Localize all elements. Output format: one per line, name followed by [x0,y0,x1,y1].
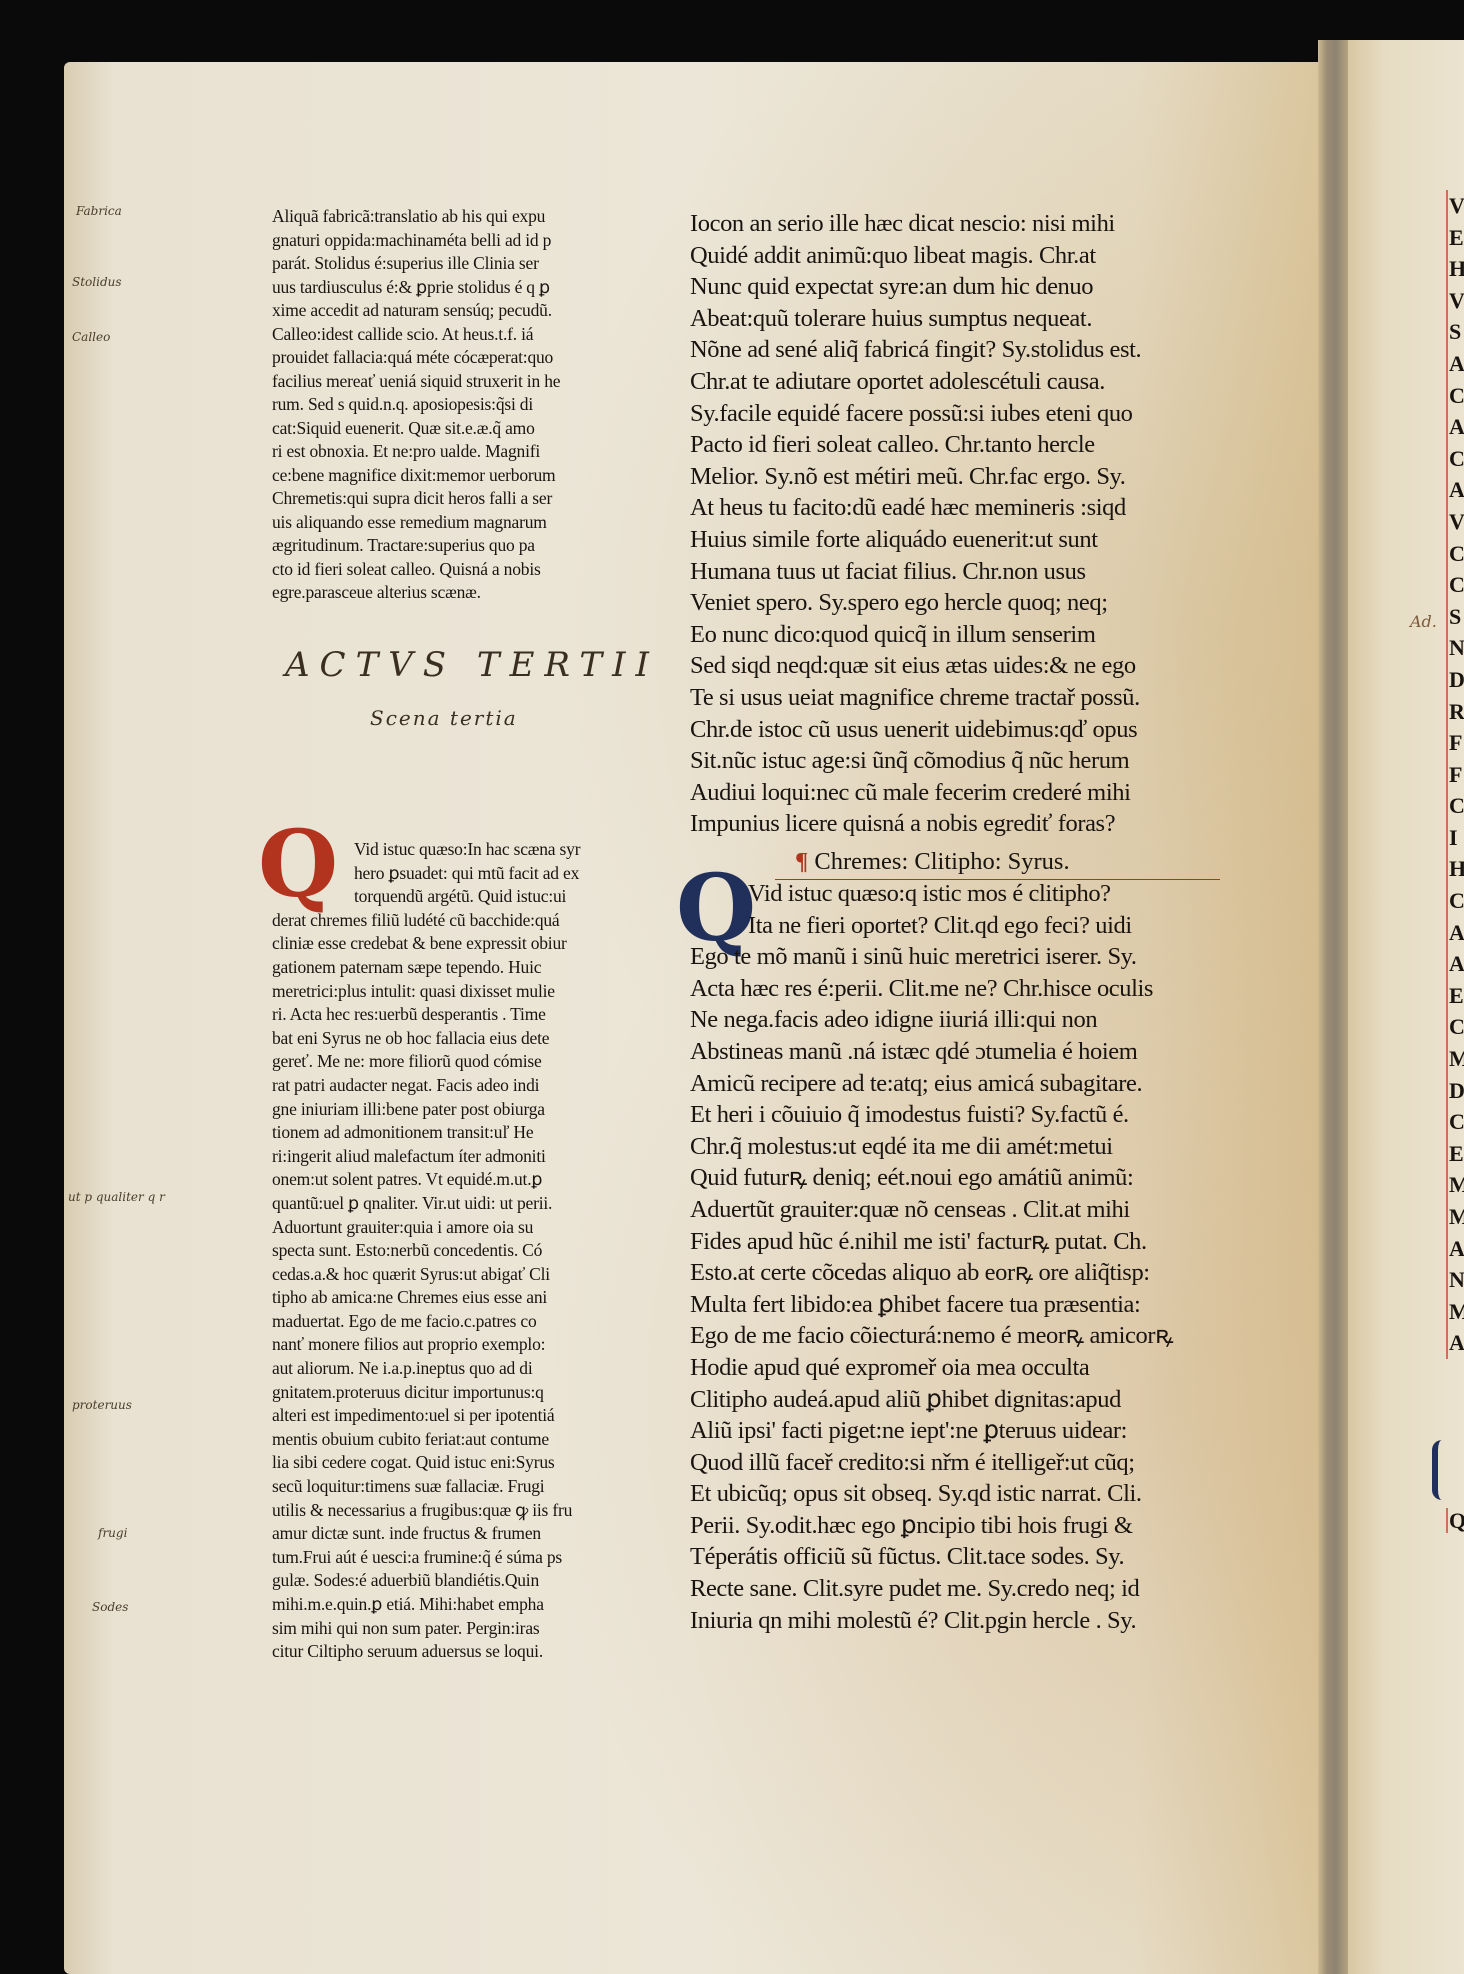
text-line: hero ꝑsuadet: qui mtũ facit ad ex [272,862,652,886]
text-line: Calleo:idest callide scio. At heus.t.f. … [272,323,652,347]
text-line: Abeat:quũ tolerare huius sumptus nequeat… [690,303,1210,335]
text-line: cliniæ esse credebat & bene expressit ob… [272,932,652,956]
initial-letter: M [1446,1296,1464,1328]
initial-letter: E [1446,980,1464,1012]
handwritten-scene-heading: Scena tertia [370,706,518,730]
margin-note: Sodes [92,1600,128,1614]
text-line: ri:ingerit aliud malefactum íter admonit… [272,1145,652,1169]
text-line: Aliquã fabricã:translatio ab his qui exp… [272,205,652,229]
initial-letter: C [1446,1106,1464,1138]
text-line: torquendũ argétũ. Quid istuc:ui [272,885,652,909]
initial-letter: V [1446,285,1464,317]
text-line: Quidé addit animũ:quo libeat magis. Chr.… [690,240,1210,272]
text-line: mentis obuium cubito feriat:aut contume [272,1428,652,1452]
text-line: Chremetis:qui supra dicit heros falli a … [272,487,652,511]
pilcrow-icon: ¶ [795,848,808,875]
text-line: Hodie apud qué expromeř oia mea occulta [690,1352,1210,1384]
text-line: xime accedit ad naturam sensúq; pecudũ. [272,299,652,323]
text-line: Clitipho audeá.apud aliũ ꝑhibet dignitas… [690,1384,1210,1416]
initial-letter: A [1446,1327,1464,1359]
margin-note: proteruus [72,1398,132,1412]
text-line: Te si usus ueiat magnifice chreme tracta… [690,682,1210,714]
text-line: Perii. Sy.odit.hæc ego ꝑncipio tibi hois… [690,1510,1210,1542]
text-line: At heus tu facito:dũ eadé hæc memineris … [690,492,1210,524]
text-line: Et heri i cõuiuio q̃ imodestus fuisti? S… [690,1099,1210,1131]
initial-letter: N [1446,1264,1464,1296]
text-line: Veniet spero. Sy.spero ego hercle quoq; … [690,587,1210,619]
initial-letter: I [1446,822,1464,854]
initial-letter: A [1446,1233,1464,1265]
text-line: prouidet fallacia:quá méte cócæperat:quo [272,346,652,370]
text-line: utilis & necessarius a frugibus:quæ ꝙ ii… [272,1499,652,1523]
text-line: Sed siqd neqd:quæ sit eius ætas uides:& … [690,650,1210,682]
text-line: alteri est impedimento:uel si per ipoten… [272,1404,652,1428]
margin-note: ut p qualiter q r [68,1190,165,1204]
text-line: Multa fert libido:ea ꝑhibet facere tua p… [690,1289,1210,1321]
initial-letter: M [1446,1201,1464,1233]
text-line: Ne nega.facis adeo idigne iiuriá illi:qu… [690,1004,1210,1036]
text-line: uus tardiusculus é:& ꝑprie stolidus é q … [272,276,652,300]
text-line: Audiui loqui:nec cũ male fecerim crederé… [690,777,1210,809]
text-line: Abstineas manũ .ná istæc qdé ɔtumelia é … [690,1036,1210,1068]
text-line: onem:ut solent patres. Vt equidé.m.ut.ꝑ [272,1168,652,1192]
text-line: cto id fieri soleat calleo. Quisná a nob… [272,558,652,582]
text-line: nanť monere filios aut proprio exemplo: [272,1333,652,1357]
text-line: Ego te mõ manũ i sinũ huic meretrici ise… [690,941,1210,973]
text-line: Quid futurꝶ deniq; eét.noui ego amátiũ a… [690,1162,1210,1194]
initial-letter: C [1446,790,1464,822]
text-line: Et ubicũq; opus sit obseq. Sy.qd istic n… [690,1478,1210,1510]
text-line: parát. Stolidus é:superius ille Clinia s… [272,252,652,276]
text-line: ce:bene magnifice dixit:memor uerborum [272,464,652,488]
text-line: Iniuria qn mihi molestũ é? Clit.pgin her… [690,1605,1210,1637]
handwritten-act-heading: ACTVS TERTII [285,645,659,685]
initial-letter: E [1446,1138,1464,1170]
text-line: Vid istuc quæso:In hac scæna syr [272,838,652,862]
text-line: Impunius licere quisná a nobis egrediť f… [690,808,1210,840]
text-line: Melior. Sy.nõ est métiri meũ. Chr.fac er… [690,461,1210,493]
text-line: sim mihi qui non sum pater. Pergin:iras [272,1617,652,1641]
text-line: facilius mereať ueniá siquid struxerit i… [272,370,652,394]
text-line: secũ loquitur:timens suæ fallaciæ. Frugi [272,1475,652,1499]
text-line: mihi.m.e.quin.ꝑ etiá. Mihi:habet empha [272,1593,652,1617]
scene-heading-text: Chremes: Clitipho: Syrus. [814,848,1069,875]
text-line: Vid istuc quæso:q istic mos é clitipho? [690,878,1210,910]
text-line: cedas.a.& hoc quærit Syrus:ut abigať Cli [272,1263,652,1287]
text-line: Humana tuus ut faciat filius. Chr.non us… [690,556,1210,588]
main-text-bottom-column: Vid istuc quæso:q istic mos é clitipho?I… [690,878,1210,1636]
text-line: meretrici:plus intulit: quasi dixisset m… [272,980,652,1004]
initial-letter: A [1446,411,1464,443]
initial-letter: M [1446,1043,1464,1075]
text-line: gnitatem.proteruus dicitur importunus:q [272,1381,652,1405]
blue-flourish-icon [1432,1440,1452,1500]
text-line: cat:Siquid euenerit. Quæ sit.e.æ.q̃ amo [272,417,652,441]
text-line: Ego de me facio cõiecturá:nemo é meorꝶ a… [690,1320,1210,1352]
book-gutter [1318,40,1348,1974]
initial-letter: C [1446,538,1464,570]
initial-letter: A [1446,917,1464,949]
text-line: ri. Acta hec res:uerbũ desperantis . Tim… [272,1003,652,1027]
margin-note: Stolidus [72,275,122,289]
initial-letter: S [1446,316,1464,348]
text-line: gulæ. Sodes:é aduerbiũ blandiétis.Quin [272,1569,652,1593]
scene-heading: ¶ Chremes: Clitipho: Syrus. [795,848,1070,876]
text-line: Eo nunc dico:quod quicq̃ in illum senser… [690,619,1210,651]
facing-page-initials-top: VEHVSACACAVCCSNDRFFCIHCAAECMDCEMMANMA [1446,190,1464,1359]
initial-letter: C [1446,380,1464,412]
initial-letter: D [1446,1075,1464,1107]
text-line: tipho ab amica:ne Chremes eius esse ani [272,1286,652,1310]
text-line: Sy.facile equidé facere possũ:si iubes e… [690,398,1210,430]
text-line: Fides apud hũc é.nihil me isti' facturꝶ … [690,1226,1210,1258]
text-line: egre.parasceue alterius scænæ. [272,581,652,605]
facing-page-initials-bottom: QEVV [1446,1505,1464,1537]
initial-letter: F [1446,759,1464,791]
text-line: gnaturi oppida:machinaméta belli ad id p [272,229,652,253]
text-line: tum.Frui aút é uesci:a frumine:q̃ é súma… [272,1546,652,1570]
text-line: Chr.de istoc cũ usus uenerit uidebimus:q… [690,714,1210,746]
commentary-top-column: Aliquã fabricã:translatio ab his qui exp… [272,205,652,605]
text-line: gereť. Me ne: more filiorũ quod cómise [272,1050,652,1074]
text-line: gne iniuriam illi:bene pater post obiurg… [272,1098,652,1122]
initial-letter: V [1446,190,1464,222]
text-line: Huius simile forte aliquádo euenerit:ut … [690,524,1210,556]
text-line: Acta hæc res é:perii. Clit.me ne? Chr.hi… [690,973,1210,1005]
text-line: Recte sane. Clit.syre pudet me. Sy.credo… [690,1573,1210,1605]
initial-letter: V [1446,506,1464,538]
text-line: Iocon an serio ille hæc dicat nescio: ni… [690,208,1210,240]
text-line: maduertat. Ego de me facio.c.patres co [272,1310,652,1334]
initial-letter: A [1446,474,1464,506]
initial-letter: H [1446,853,1464,885]
facing-margin-note: Ad. [1410,612,1437,631]
text-line: Nõne ad sené aliq̃ fabricá fingit? Sy.st… [690,334,1210,366]
text-line: rum. Sed s quid.n.q. aposiopesis:q̃si di [272,393,652,417]
main-text-top-column: Iocon an serio ille hæc dicat nescio: ni… [690,208,1210,840]
text-line: aut aliorum. Ne i.a.p.ineptus quo ad di [272,1357,652,1381]
text-line: citur Ciltipho seruum aduersus se loqui. [272,1640,652,1664]
text-line: gationem paternam sæpe tependo. Huic [272,956,652,980]
text-line: Amicũ recipere ad te:atq; eius amicá sub… [690,1068,1210,1100]
initial-letter: F [1446,727,1464,759]
text-line: bat eni Syrus ne ob hoc fallacia eius de… [272,1027,652,1051]
initial-letter: N [1446,632,1464,664]
initial-letter: M [1446,1169,1464,1201]
initial-letter: E [1446,222,1464,254]
initial-letter: C [1446,443,1464,475]
text-line: uis aliquando esse remedium magnarum [272,511,652,535]
margin-note: Calleo [72,330,110,344]
initial-letter: Q [1446,1508,1464,1533]
text-line: ri est obnoxia. Et ne:pro ualde. Magnifi [272,440,652,464]
text-line: Aduortunt grauiter:quia i amore oia su [272,1216,652,1240]
initial-letter: R [1446,696,1464,728]
text-line: specta sunt. Esto:nerbũ concedentis. Có [272,1239,652,1263]
text-line: Ita ne fieri oportet? Clit.qd ego feci? … [690,910,1210,942]
text-line: ægritudinum. Tractare:superius quo pa [272,534,652,558]
initial-letter: C [1446,885,1464,917]
text-line: Esto.at certe cõcedas aliquo ab eorꝶ ore… [690,1257,1210,1289]
text-line: lia sibi cedere cogat. Quid istuc eni:Sy… [272,1451,652,1475]
initial-letter: D [1446,664,1464,696]
text-line: rat patri audacter negat. Facis adeo ind… [272,1074,652,1098]
margin-note: Fabrica [76,204,122,218]
text-line: tionem ad admonitionem transit:uľ He [272,1121,652,1145]
text-line: Aliũ ipsi' facti piget:ne iept':ne ꝑteru… [690,1415,1210,1447]
text-line: Chr.q̃ molestus:ut eqdé ita me dii amét:… [690,1131,1210,1163]
text-line: Quod illũ faceř credito:si nřm é itellig… [690,1447,1210,1479]
initial-letter: C [1446,569,1464,601]
text-line: Sit.nũc istuc age:si ũnq̃ cõmodius q̃ nũ… [690,745,1210,777]
text-line: Chr.at te adiutare oportet adolescétuli … [690,366,1210,398]
margin-note: frugi [98,1526,127,1540]
initial-letter: A [1446,948,1464,980]
initial-letter: S [1446,601,1464,633]
text-line: amur dictæ sunt. inde fructus & frumen [272,1522,652,1546]
text-line: Aduertũt grauiter:quæ nõ censeas . Clit.… [690,1194,1210,1226]
initial-letter: H [1446,253,1464,285]
text-line: Pacto id fieri soleat calleo. Chr.tanto … [690,429,1210,461]
initial-letter: C [1446,1011,1464,1043]
text-line: Téperátis officiũ sũ fũctus. Clit.tace s… [690,1541,1210,1573]
commentary-bottom-column: Vid istuc quæso:In hac scæna syrhero ꝑsu… [272,838,652,1664]
text-line: derat chremes filiũ ludété cũ bacchide:q… [272,909,652,933]
text-line: Nunc quid expectat syre:an dum hic denuo [690,271,1210,303]
text-line: quantũ:uel ꝑ qnaliter. Vir.ut uidi: ut p… [272,1192,652,1216]
initial-letter: A [1446,348,1464,380]
